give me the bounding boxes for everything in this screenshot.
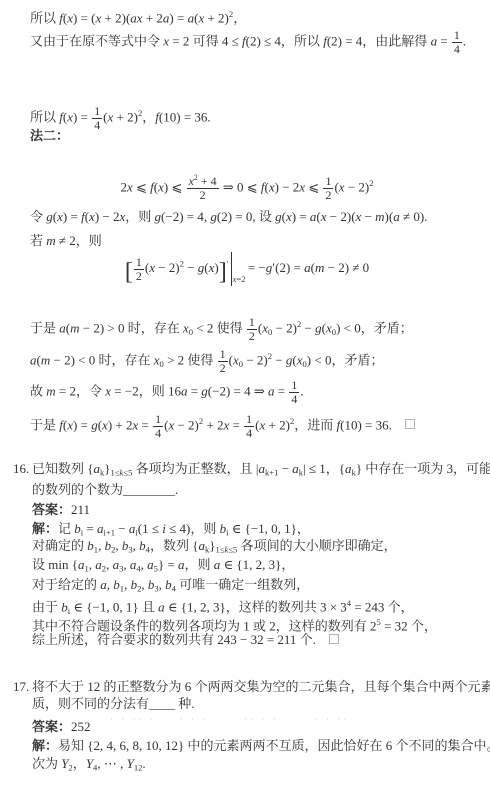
method2-case2: a(m − 2) < 0 时，存在 x0 > 2 使得 12(x0 − 2)2 … xyxy=(30,346,383,376)
problem16-answer: 答案：211 xyxy=(32,500,90,520)
method2-line-g: 令 g(x) = f(x) − 2x，则 g(−2) = 4, g(2) = 0… xyxy=(30,207,427,227)
method2-conclude-m: 故 m = 2，令 x = −2，则 16a = g(−2) = 4 ⇒ a =… xyxy=(30,379,304,407)
problem17-statement-line2: 质，则不同的分法有____ 种. xyxy=(32,694,195,714)
method1-line1: 所以 f(x) = (x + 2)(ax + 2a) = a(x + 2)2， xyxy=(30,4,246,28)
display-equation-1: 2x ⩽ f(x) ⩽ x2 + 42 ⇒ 0 ⩽ f(x) − 2x ⩽ 12… xyxy=(30,172,464,203)
method2-case1: 于是 a(m − 2) > 0 时，存在 x0 < 2 使得 12(x0 − 2… xyxy=(30,314,413,344)
display-equation-2: [12(x − 2)2 − g(x)]′x=2 = −g′(2) = a(m −… xyxy=(30,252,464,286)
problem17-number: 17. xyxy=(13,677,29,697)
document-page: 所以 f(x) = (x + 2)(ax + 2a) = a(x + 2)2， … xyxy=(0,0,490,792)
problem16-number: 16. xyxy=(13,459,29,479)
method1-line2: 又由于在原不等式中令 x = 2 可得 4 ≤ f(2) ≤ 4，所以 f(2)… xyxy=(30,29,466,57)
method2-line-if: 若 m ≠ 2，则 xyxy=(30,231,102,251)
method2-heading: 法二： xyxy=(30,126,69,146)
problem16-statement-line2: 的数列的个数为________. xyxy=(32,480,178,500)
scan-artifact-dots: · · ·· · · · · ·· · · · · ·· xyxy=(110,712,349,725)
problem17-answer: 答案：252 xyxy=(32,717,91,737)
problem17-solution-line: 解：易知 {2, 4, 6, 8, 10, 12} 中的元素两两不互质，因此恰好… xyxy=(32,736,490,756)
method2-final: 于是 f(x) = g(x) + 2x = 14(x − 2)2 + 2x = … xyxy=(30,411,415,441)
problem17-solution-line: 次为 Y2，Y4, ⋯ , Y12. xyxy=(32,754,146,778)
problem16-solution-line: 综上所述，符合要求的数列共有 243 − 32 = 211 个. xyxy=(32,630,339,650)
